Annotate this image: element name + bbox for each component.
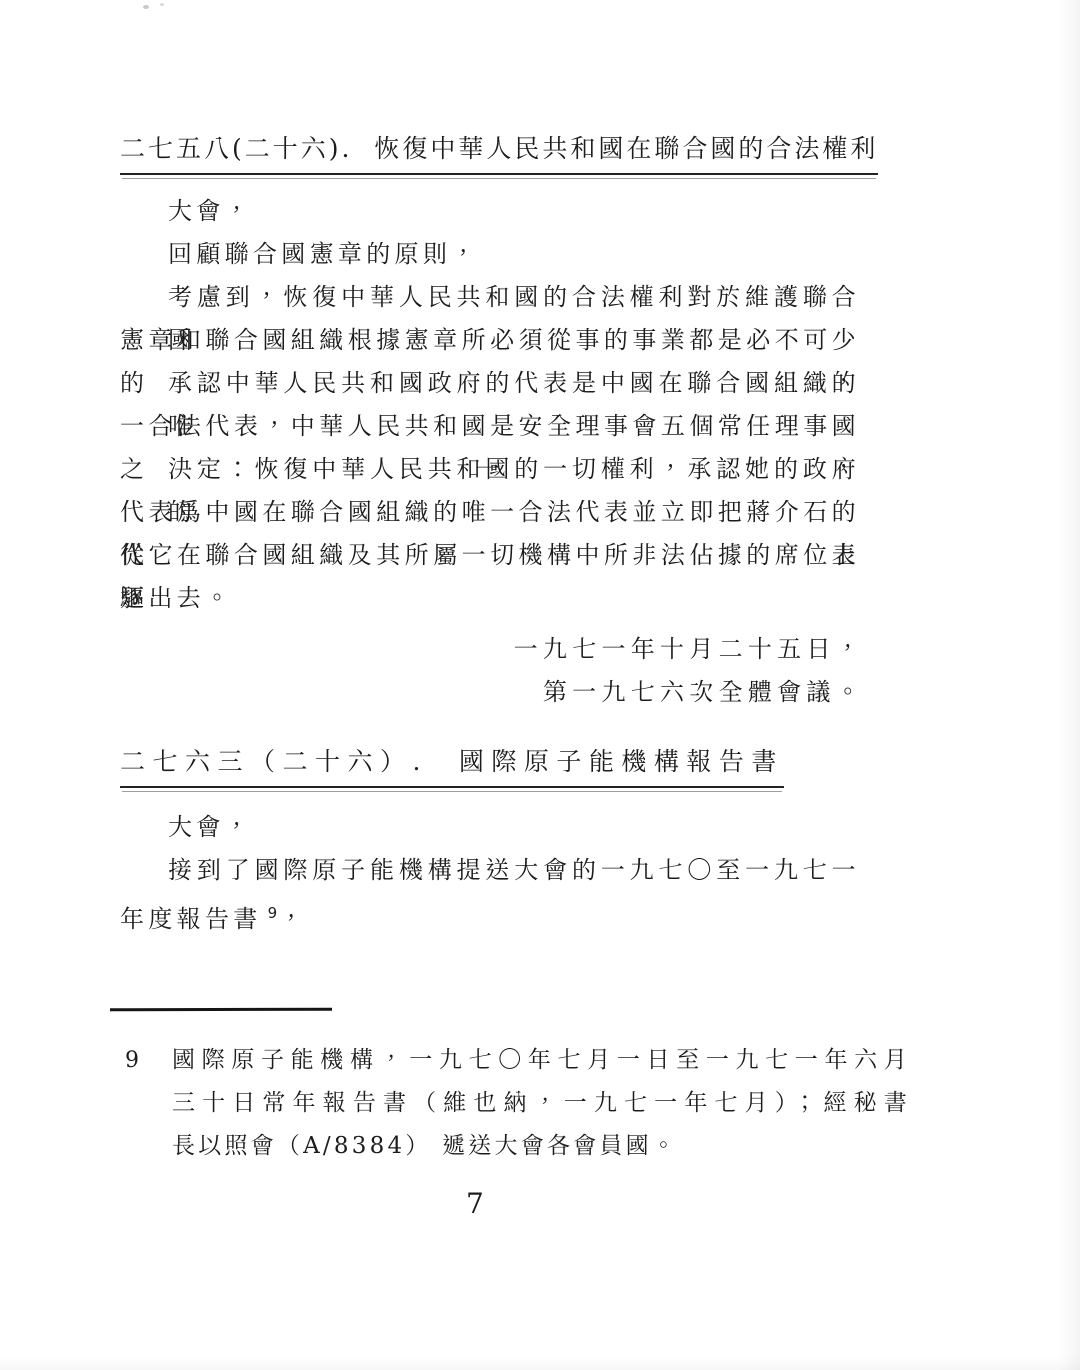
report-line-tail: ， xyxy=(279,905,307,933)
adoption-date-line: 一九七一年十月二十五日， xyxy=(120,628,865,671)
body-line: 從它在聯合國組織及其所屬一切機構中所非法佔據的席位上驅 xyxy=(120,534,860,577)
footnote-line: 國際原子能機構，一九七〇年七月一日至一九七一年六月 xyxy=(172,1039,910,1082)
body-line: 回顧聯合國憲章的原則， xyxy=(120,233,860,276)
scan-edge-shade xyxy=(0,1356,1080,1370)
body-line: 承認中華人民共和國政府的代表是中國在聯合國組織的唯 xyxy=(120,362,860,405)
resolution-2758-body: 大會， 回顧聯合國憲章的原則， 考慮到，恢復中華人民共和國的合法權利對於維護聯合… xyxy=(120,190,860,620)
scan-artifact xyxy=(160,3,164,6)
resolution-2763-heading-block: 二七六三（二十六）. 國際原子能機構報告書 xyxy=(120,745,784,788)
footnote-reference: 9 xyxy=(262,904,280,922)
body-line: 考慮到，恢復中華人民共和國的合法權利對於維護聯合國 xyxy=(120,276,860,319)
resolution-2758-adoption-block: 一九七一年十月二十五日， 第一九七六次全體會議。 xyxy=(120,628,865,714)
body-line-with-footnote-ref: 年度報告書9， xyxy=(120,892,860,935)
page-number: 7 xyxy=(466,1186,484,1222)
scan-edge-shade xyxy=(1058,0,1080,1370)
body-line: 大會， xyxy=(120,806,860,849)
resolution-2758-heading: 二七五八(二十六). 恢復中華人民共和國在聯合國的合法權利 xyxy=(120,132,878,175)
body-line: 代表爲中國在聯合國組織的唯一合法代表並立即把蔣介石的代表 xyxy=(120,491,860,534)
body-line: 一合法代表，中華人民共和國是安全理事會五個常任理事國之一， xyxy=(120,405,860,448)
footnote-line: 長以照會（A/8384） 遞送大會各會員國。 xyxy=(172,1125,910,1168)
body-line: 逐出去。 xyxy=(120,577,860,620)
scanned-document-page: 二七五八(二十六). 恢復中華人民共和國在聯合國的合法權利 大會， 回顧聯合國憲… xyxy=(0,0,1080,1370)
report-line-text: 年度報告書 xyxy=(120,905,262,933)
resolution-2758-heading-block: 二七五八(二十六). 恢復中華人民共和國在聯合國的合法權利 xyxy=(120,132,878,175)
scan-artifact xyxy=(143,5,149,9)
adoption-meeting-line: 第一九七六次全體會議。 xyxy=(120,671,865,714)
body-line: 接到了國際原子能機構提送大會的一九七〇至一九七一 xyxy=(120,849,860,892)
footnote-body: 國際原子能機構，一九七〇年七月一日至一九七一年六月 三十日常年報告書（維也納，一… xyxy=(172,1039,910,1168)
body-line: 憲章和聯合國組織根據憲章所必須從事的事業都是必不可少的， xyxy=(120,319,860,362)
body-line: 決定：恢復中華人民共和國的一切權利，承認她的政府的 xyxy=(120,448,860,491)
footnote-line: 三十日常年報告書（維也納，一九七一年七月）；經秘書 xyxy=(172,1082,910,1125)
footnote-separator xyxy=(110,1008,332,1012)
body-line: 大會， xyxy=(120,190,860,233)
footnote-marker: 9 xyxy=(125,1039,139,1082)
resolution-2763-heading: 二七六三（二十六）. 國際原子能機構報告書 xyxy=(120,745,784,788)
resolution-2763-body: 大會， 接到了國際原子能機構提送大會的一九七〇至一九七一 年度報告書9， xyxy=(120,806,860,935)
